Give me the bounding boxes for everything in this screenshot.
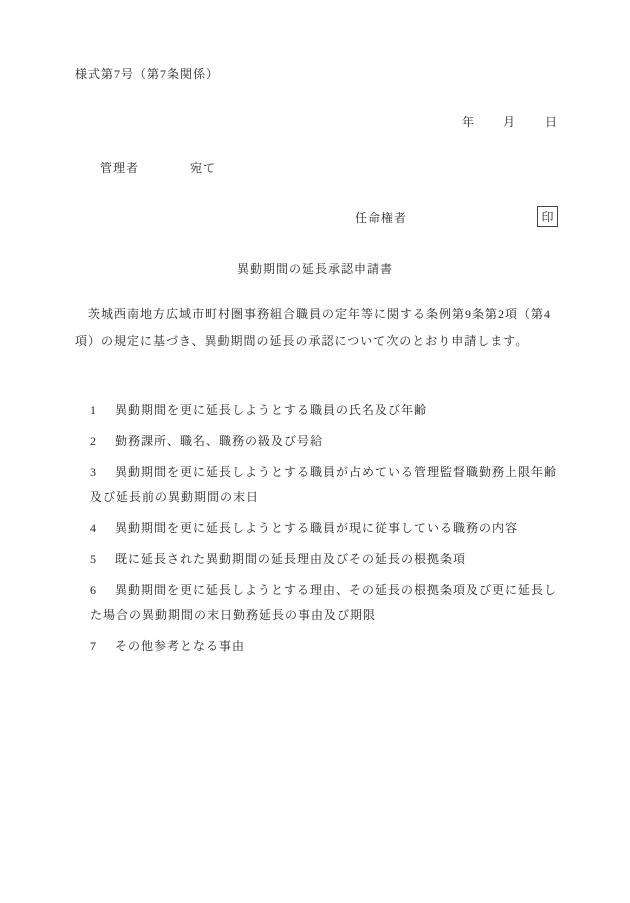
appointer-line: 任命権者	[355, 208, 407, 228]
item-text: 勤務課所、職名、職務の級及び号給	[115, 434, 323, 448]
item-text: 異動期間を更に延長しようとする職員が現に従事している職務の内容	[115, 521, 518, 535]
item-number: 7	[90, 634, 115, 659]
list-item: 6異動期間を更に延長しようとする理由、その延長の根拠条項及び更に延長した場合の異…	[90, 578, 562, 628]
list-item: 7その他参考となる事由	[90, 634, 562, 659]
document-title: 異動期間の延長承認申請書	[0, 259, 630, 279]
item-number: 6	[90, 578, 115, 603]
date-year-label: 年	[462, 115, 475, 129]
item-number: 5	[90, 547, 115, 572]
date-day-label: 日	[545, 115, 558, 129]
list-item: 3異動期間を更に延長しようとする職員が占めている管理監督職勤務上限年齢及び延長前…	[90, 460, 562, 510]
item-text: 異動期間を更に延長しようとする職員の氏名及び年齢	[115, 403, 427, 417]
list-item: 4異動期間を更に延長しようとする職員が現に従事している職務の内容	[90, 516, 562, 541]
item-number: 1	[90, 398, 115, 423]
seal-label: 印	[541, 208, 553, 225]
item-number: 3	[90, 460, 115, 485]
addressee-title: 管理者	[100, 161, 139, 175]
date-month-label: 月	[503, 115, 516, 129]
list-item: 2勤務課所、職名、職務の級及び号給	[90, 429, 562, 454]
item-text: 異動期間を更に延長しようとする理由、その延長の根拠条項及び更に延長した場合の異動…	[90, 583, 557, 622]
addressee-suffix: 宛て	[190, 161, 216, 175]
item-number: 2	[90, 429, 115, 454]
document-page: 様式第7号（第7条関係） 年月日 管理者宛て 任命権者 印 異動期間の延長承認申…	[0, 0, 630, 903]
item-text: 既に延長された異動期間の延長理由及びその延長の根拠条項	[115, 552, 466, 566]
list-item: 1異動期間を更に延長しようとする職員の氏名及び年齢	[90, 398, 562, 423]
items-list: 1異動期間を更に延長しようとする職員の氏名及び年齢2勤務課所、職名、職務の級及び…	[90, 398, 562, 665]
item-text: その他参考となる事由	[115, 639, 245, 653]
body-paragraph: 茨城西南地方広域市町村圏事務組合職員の定年等に関する条例第9条第2項（第4項）の…	[75, 301, 557, 355]
seal-box: 印	[537, 206, 558, 227]
date-line: 年月日	[462, 112, 558, 132]
form-number: 様式第7号（第7条関係）	[75, 64, 219, 84]
appointer-label: 任命権者	[355, 211, 407, 225]
item-number: 4	[90, 516, 115, 541]
item-text: 異動期間を更に延長しようとする職員が占めている管理監督職勤務上限年齢及び延長前の…	[90, 465, 557, 504]
list-item: 5既に延長された異動期間の延長理由及びその延長の根拠条項	[90, 547, 562, 572]
addressee-line: 管理者宛て	[100, 158, 216, 178]
